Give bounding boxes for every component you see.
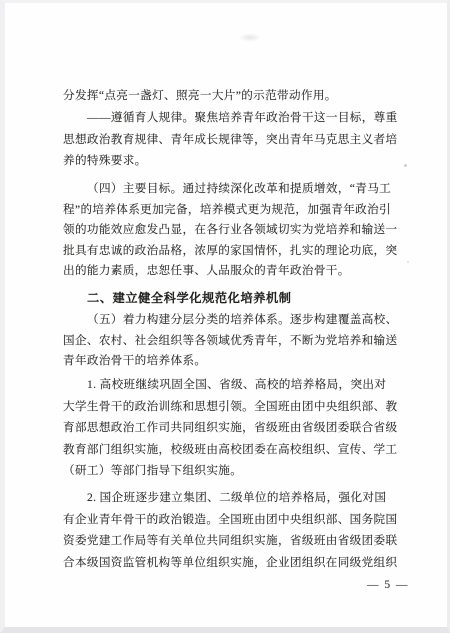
paragraph: （五）着力构建分层分类的培养体系。逐步构建覆盖高校、国企、农村、社会组织等各领域… [63,310,409,372]
text-line: 资委党建工作局等有关单位共同组织实施，省级班由省级团委联 [63,530,409,552]
text-line: 1. 高校班继续巩固全国、省级、高校的培养格局，突出对 [63,374,409,396]
text-line: 思想政治教育规律、青年成长规律等，突出青年马克思主义者培 [63,129,409,151]
section-heading: 二、建立健全科学化规范化培养机制 [63,288,409,309]
text-line: 青年政治骨干的培养体系。 [63,351,409,372]
text-line: 育部思想政治工作司共同组织实施，省级班由省级团委联合省级 [63,417,409,439]
text-line: 养的特殊要求。 [63,150,409,172]
page-number: — 5 — [63,579,409,591]
text-line: 合本级国资监管机构等单位组织实施，企业团组织在同级党组织 [63,552,409,574]
text-line: 大学生骨干的政治训练和思想引领。全国班由团中央组织部、教 [63,396,409,418]
paragraph: 2. 国企班逐步建立集团、二级单位的培养格局，强化对国有企业青年骨干的政治锻造。… [63,487,409,573]
paragraph: 分发挥“点亮一盏灯、照亮一大片”的示范带动作用。 [63,85,409,107]
text-line: 批具有忠诚的政治品格，浓厚的家国情怀，扎实的理论功底，突 [63,241,409,262]
text-line: ——遵循育人规律。聚焦培养青年政治骨干这一目标，尊重 [63,107,409,129]
text-line: （五）着力构建分层分类的培养体系。逐步构建覆盖高校、 [63,310,409,331]
scan-smudge [239,33,261,42]
text-line: 教育部门组织实施，校级班由高校团委在高校组织、宣传、学工 [63,439,409,461]
scan-speck [407,261,409,263]
text-line: 有企业青年骨干的政治锻造。全国班由团中央组织部、国务院国 [63,509,409,531]
text-line: 国企、农村、社会组织等各领域优秀青年，不断为党培养和输送 [63,331,409,352]
text-line: 分发挥“点亮一盏灯、照亮一大片”的示范带动作用。 [63,85,409,107]
scan-speck [404,164,407,167]
text-line: （研工）等部门指导下组织实施。 [63,460,409,482]
text-line: 出的能力素质，忠恕任事、人品服众的青年政治骨干。 [63,261,409,282]
document-page: 分发挥“点亮一盏灯、照亮一大片”的示范带动作用。——遵循育人规律。聚焦培养青年政… [5,3,447,627]
text-line: 程”的培养体系更加完备，培养模式更为规范，加强青年政治引 [63,200,409,221]
paragraph: 1. 高校班继续巩固全国、省级、高校的培养格局，突出对大学生骨干的政治训练和思想… [63,374,409,482]
paragraph: （四）主要目标。通过持续深化改革和提质增效，“青马工程”的培养体系更加完备，培养… [63,179,409,282]
text-line: 领的功能效应愈发凸显，在各行业各领域切实为党培养和输送一 [63,220,409,241]
text-line: 二、建立健全科学化规范化培养机制 [63,288,409,309]
paragraph: ——遵循育人规律。聚焦培养青年政治骨干这一目标，尊重思想政治教育规律、青年成长规… [63,107,409,172]
text-line: （四）主要目标。通过持续深化改革和提质增效，“青马工 [63,179,409,200]
text-line: 2. 国企班逐步建立集团、二级单位的培养格局，强化对国 [63,487,409,509]
